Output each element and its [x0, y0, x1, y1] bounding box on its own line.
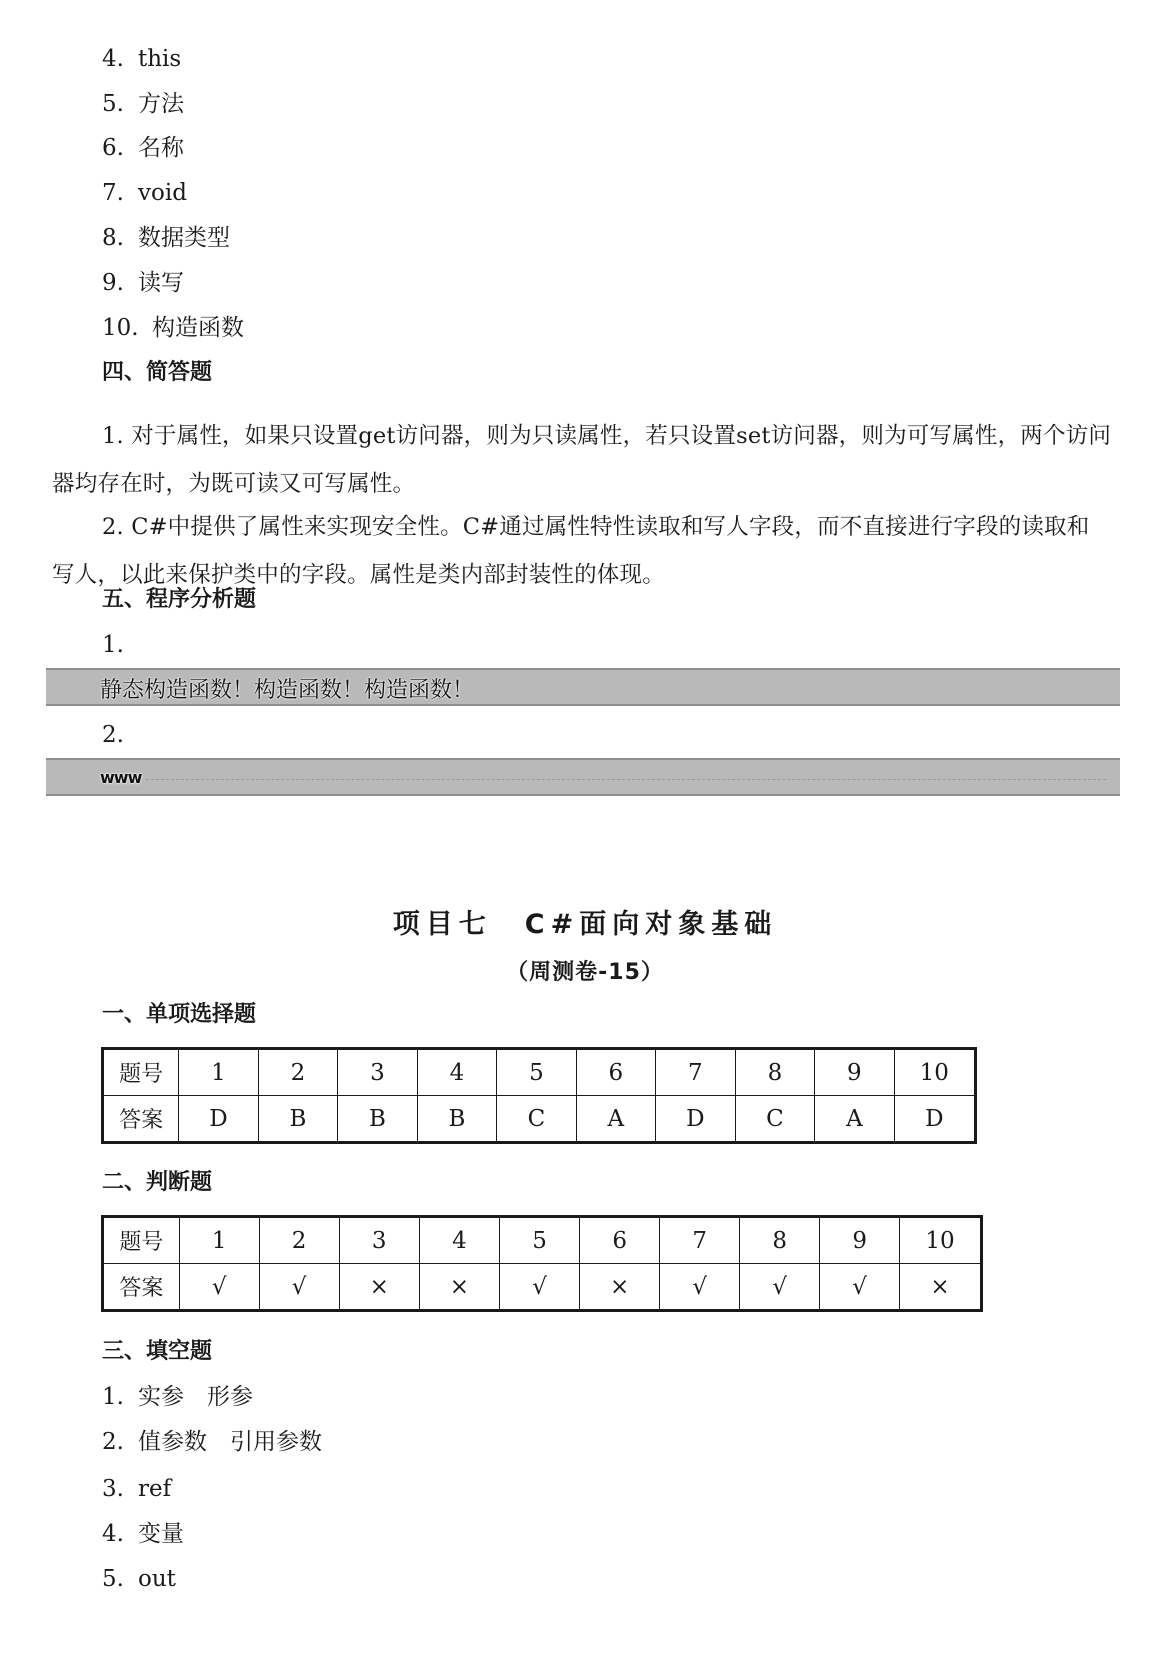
section-heading-true-false: 二、判断题 — [102, 1168, 212, 1198]
question-number: 4 — [419, 1217, 499, 1264]
table-row-answers: 答案 √ √ × × √ × √ √ √ × — [103, 1264, 982, 1311]
question-number: 7 — [656, 1049, 736, 1096]
answer-cell: √ — [820, 1264, 900, 1311]
row-label: 题号 — [103, 1217, 180, 1264]
divider — [146, 779, 1106, 780]
question-number: 8 — [740, 1217, 820, 1264]
question-number: 6 — [576, 1049, 655, 1096]
answer-cell: B — [338, 1096, 417, 1143]
section-heading-single-choice: 一、单项选择题 — [102, 1000, 256, 1030]
fill-in-item: 5.out — [102, 1564, 176, 1594]
item-answer: 名称 — [138, 135, 184, 161]
answer-cell: × — [419, 1264, 499, 1311]
fill-in-item: 8.数据类型 — [102, 223, 230, 253]
question-number: 3 — [338, 1049, 417, 1096]
row-label: 答案 — [103, 1264, 180, 1311]
item-answer: out — [138, 1566, 176, 1592]
fill-in-item: 10.构造函数 — [102, 313, 244, 343]
question-number: 3 — [339, 1217, 419, 1264]
item-number: 8. — [102, 223, 138, 253]
question-number: 9 — [820, 1217, 900, 1264]
question-number: 5 — [500, 1217, 580, 1264]
answer-cell: B — [417, 1096, 496, 1143]
section-heading-fill-in: 三、填空题 — [102, 1337, 212, 1367]
question-number: 4 — [417, 1049, 496, 1096]
question-number: 6 — [580, 1217, 660, 1264]
single-choice-table: 题号 1 2 3 4 5 6 7 8 9 10 答案 D B B B C A D… — [101, 1047, 977, 1144]
fill-in-item: 4.变量 — [102, 1519, 184, 1549]
answer-cell: × — [580, 1264, 660, 1311]
item-answer: void — [138, 180, 187, 206]
question-number: 1 — [179, 1049, 259, 1096]
item-answer: 值参数 引用参数 — [138, 1429, 322, 1455]
answer-cell: √ — [740, 1264, 820, 1311]
question-number: 1 — [179, 1217, 259, 1264]
item-number: 5. — [102, 89, 138, 119]
item-number: 3. — [102, 1474, 138, 1504]
fill-in-item: 9.读写 — [102, 268, 184, 298]
item-number: 4. — [102, 1519, 138, 1549]
item-answer: 构造函数 — [152, 315, 244, 341]
table-row-answers: 答案 D B B B C A D C A D — [103, 1096, 976, 1143]
answer-cell: √ — [500, 1264, 580, 1311]
answer-cell: D — [179, 1096, 259, 1143]
answer-cell: C — [497, 1096, 577, 1143]
fill-in-item: 7.void — [102, 178, 187, 208]
question-number: 2 — [259, 1217, 339, 1264]
section-heading-program-analysis: 五、程序分析题 — [102, 585, 256, 615]
item-number: 7. — [102, 178, 138, 208]
question-number: 9 — [815, 1049, 894, 1096]
table-row-numbers: 题号 1 2 3 4 5 6 7 8 9 10 — [103, 1217, 982, 1264]
project-title: 项目七 C#面向对象基础 — [0, 902, 1170, 941]
item-number: 4. — [102, 44, 138, 74]
document-page: 4.this 5.方法 6.名称 7.void 8.数据类型 9.读写 10.构… — [0, 0, 1170, 1668]
true-false-table: 题号 1 2 3 4 5 6 7 8 9 10 答案 √ √ × × √ × √… — [101, 1215, 983, 1312]
item-number: 10. — [102, 313, 152, 343]
row-label: 题号 — [103, 1049, 179, 1096]
question-number: 5 — [497, 1049, 577, 1096]
program-item-number: 2. — [102, 720, 124, 750]
question-number: 7 — [660, 1217, 740, 1264]
answer-cell: √ — [660, 1264, 740, 1311]
item-answer: 数据类型 — [138, 225, 230, 251]
item-answer: 方法 — [138, 91, 184, 117]
program-output-box: www — [46, 758, 1120, 796]
item-answer: 实参 形参 — [138, 1384, 253, 1410]
item-answer: 读写 — [138, 270, 184, 296]
row-label: 答案 — [103, 1096, 179, 1143]
fill-in-item: 3.ref — [102, 1474, 171, 1504]
question-number: 8 — [735, 1049, 815, 1096]
program-output-text: 静态构造函数！构造函数！构造函数！ — [100, 673, 474, 704]
question-number: 10 — [900, 1217, 982, 1264]
item-number: 1. — [102, 1382, 138, 1412]
fill-in-item: 1.实参 形参 — [102, 1382, 253, 1412]
item-number: 5. — [102, 1564, 138, 1594]
answer-cell: √ — [179, 1264, 259, 1311]
answer-cell: × — [339, 1264, 419, 1311]
answer-cell: A — [815, 1096, 894, 1143]
item-answer: 变量 — [138, 1521, 184, 1547]
answer-cell: C — [735, 1096, 815, 1143]
answer-cell: D — [656, 1096, 736, 1143]
fill-in-item: 4.this — [102, 44, 181, 74]
program-output-box: 静态构造函数！构造函数！构造函数！ — [46, 668, 1120, 706]
program-output-text: www — [100, 768, 141, 787]
project-subtitle: （周测卷-15） — [0, 955, 1170, 986]
section-heading-short-answer: 四、简答题 — [102, 358, 212, 388]
question-number: 10 — [894, 1049, 975, 1096]
answer-cell: × — [900, 1264, 982, 1311]
item-number: 2. — [102, 1427, 138, 1457]
program-item-number: 1. — [102, 630, 124, 660]
item-answer: this — [138, 46, 181, 72]
fill-in-item: 6.名称 — [102, 133, 184, 163]
item-number: 9. — [102, 268, 138, 298]
answer-cell: √ — [259, 1264, 339, 1311]
answer-cell: D — [894, 1096, 975, 1143]
item-answer: ref — [138, 1476, 171, 1502]
question-number: 2 — [258, 1049, 337, 1096]
answer-cell: A — [576, 1096, 655, 1143]
item-number: 6. — [102, 133, 138, 163]
fill-in-item: 5.方法 — [102, 89, 184, 119]
fill-in-item: 2.值参数 引用参数 — [102, 1427, 322, 1457]
short-answer-1: 1. 对于属性，如果只设置get访问器，则为只读属性，若只设置set访问器，则为… — [52, 412, 1112, 508]
answer-cell: B — [258, 1096, 337, 1143]
table-row-numbers: 题号 1 2 3 4 5 6 7 8 9 10 — [103, 1049, 976, 1096]
